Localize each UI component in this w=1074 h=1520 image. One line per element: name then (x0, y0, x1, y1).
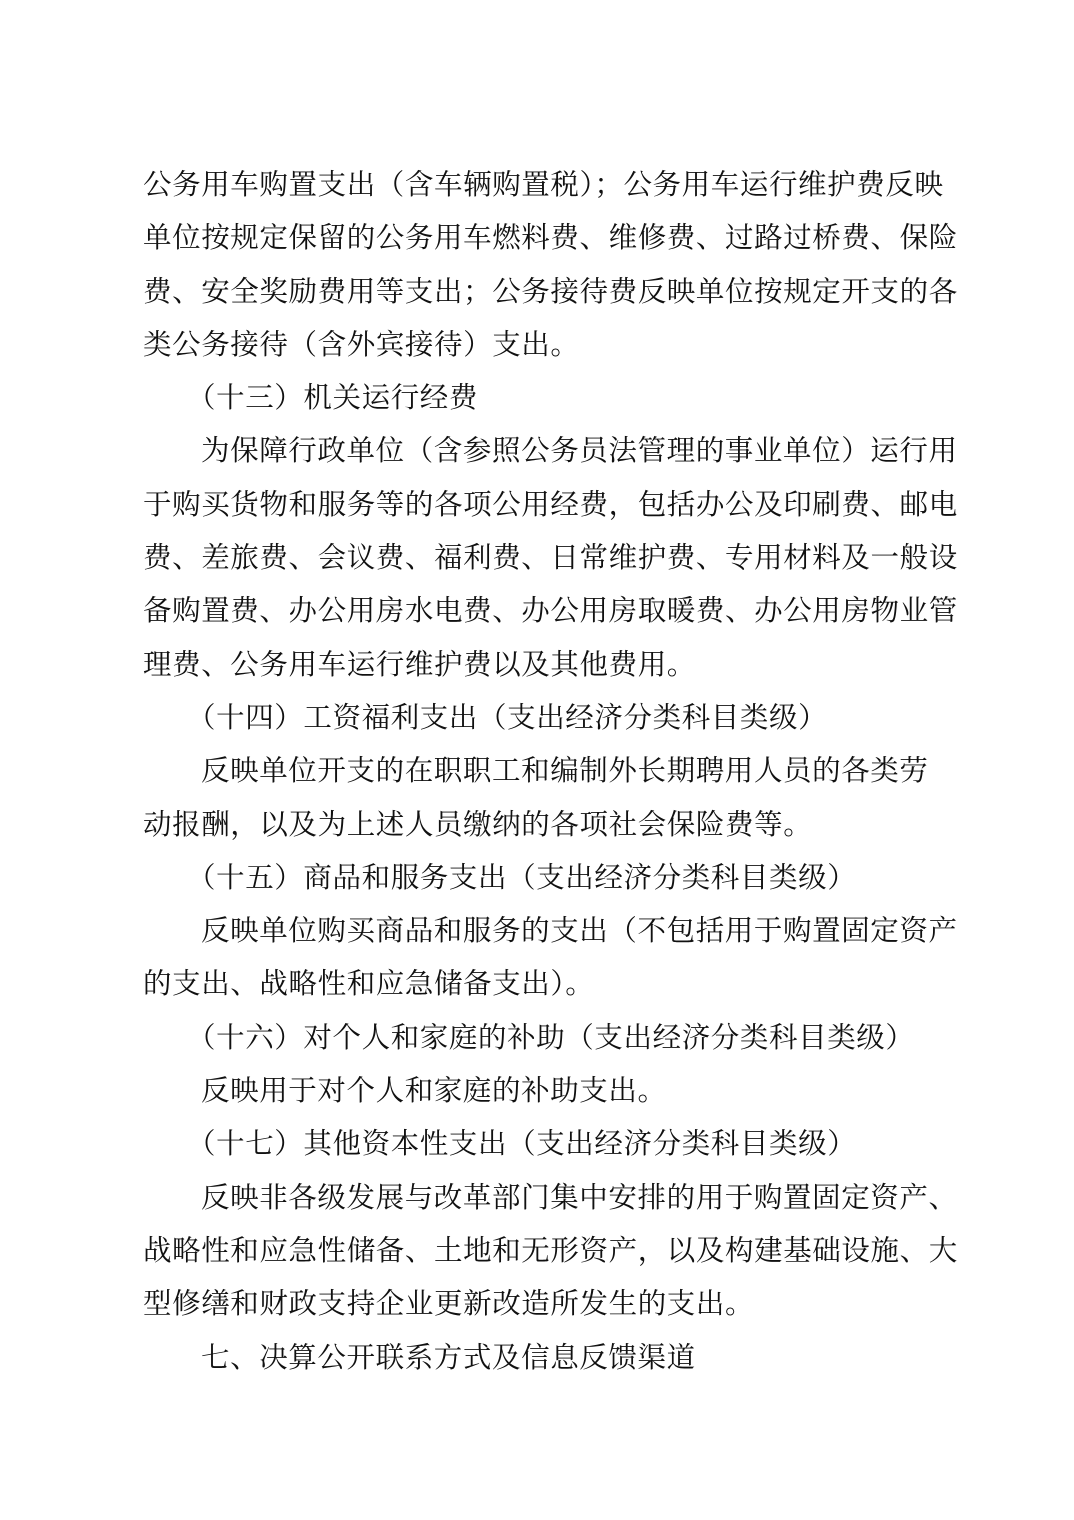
document-page: 公务用车购置支出（含车辆购置税）；公务用车运行维护费反映 单位按规定保留的公务用… (143, 158, 943, 1384)
paragraph-line: 费、安全奖励费用等支出；公务接待费反映单位按规定开支的各 (143, 265, 943, 318)
paragraph-line: 战略性和应急性储备、土地和无形资产，以及构建基础设施、大 (143, 1224, 943, 1277)
paragraph-line: 理费、公务用车运行维护费以及其他费用。 (143, 638, 943, 691)
paragraph-line: 公务用车购置支出（含车辆购置税）；公务用车运行维护费反映 (143, 158, 943, 211)
paragraph-line: 反映非各级发展与改革部门集中安排的用于购置固定资产、 (143, 1171, 943, 1224)
paragraph-line: 反映用于对个人和家庭的补助支出。 (143, 1064, 943, 1117)
paragraph-line: 反映单位购买商品和服务的支出（不包括用于购置固定资产 (143, 904, 943, 957)
paragraph-line: 为保障行政单位（含参照公务员法管理的事业单位）运行用 (143, 424, 943, 477)
subsection-heading: （十六）对个人和家庭的补助（支出经济分类科目类级） (143, 1011, 943, 1064)
paragraph-line: 动报酬，以及为上述人员缴纳的各项社会保险费等。 (143, 798, 943, 851)
section-heading: 七、决算公开联系方式及信息反馈渠道 (143, 1331, 943, 1384)
paragraph-line: 费、差旅费、会议费、福利费、日常维护费、专用材料及一般设 (143, 531, 943, 584)
subsection-heading: （十七）其他资本性支出（支出经济分类科目类级） (143, 1117, 943, 1170)
paragraph-line: 于购买货物和服务等的各项公用经费，包括办公及印刷费、邮电 (143, 478, 943, 531)
subsection-heading: （十三）机关运行经费 (143, 371, 943, 424)
paragraph-line: 单位按规定保留的公务用车燃料费、维修费、过路过桥费、保险 (143, 211, 943, 264)
subsection-heading: （十四）工资福利支出（支出经济分类科目类级） (143, 691, 943, 744)
subsection-heading: （十五）商品和服务支出（支出经济分类科目类级） (143, 851, 943, 904)
paragraph-line: 型修缮和财政支持企业更新改造所发生的支出。 (143, 1277, 943, 1330)
paragraph-line: 类公务接待（含外宾接待）支出。 (143, 318, 943, 371)
paragraph-line: 备购置费、办公用房水电费、办公用房取暖费、办公用房物业管 (143, 584, 943, 637)
paragraph-line: 的支出、战略性和应急储备支出）。 (143, 957, 943, 1010)
paragraph-line: 反映单位开支的在职职工和编制外长期聘用人员的各类劳 (143, 744, 943, 797)
